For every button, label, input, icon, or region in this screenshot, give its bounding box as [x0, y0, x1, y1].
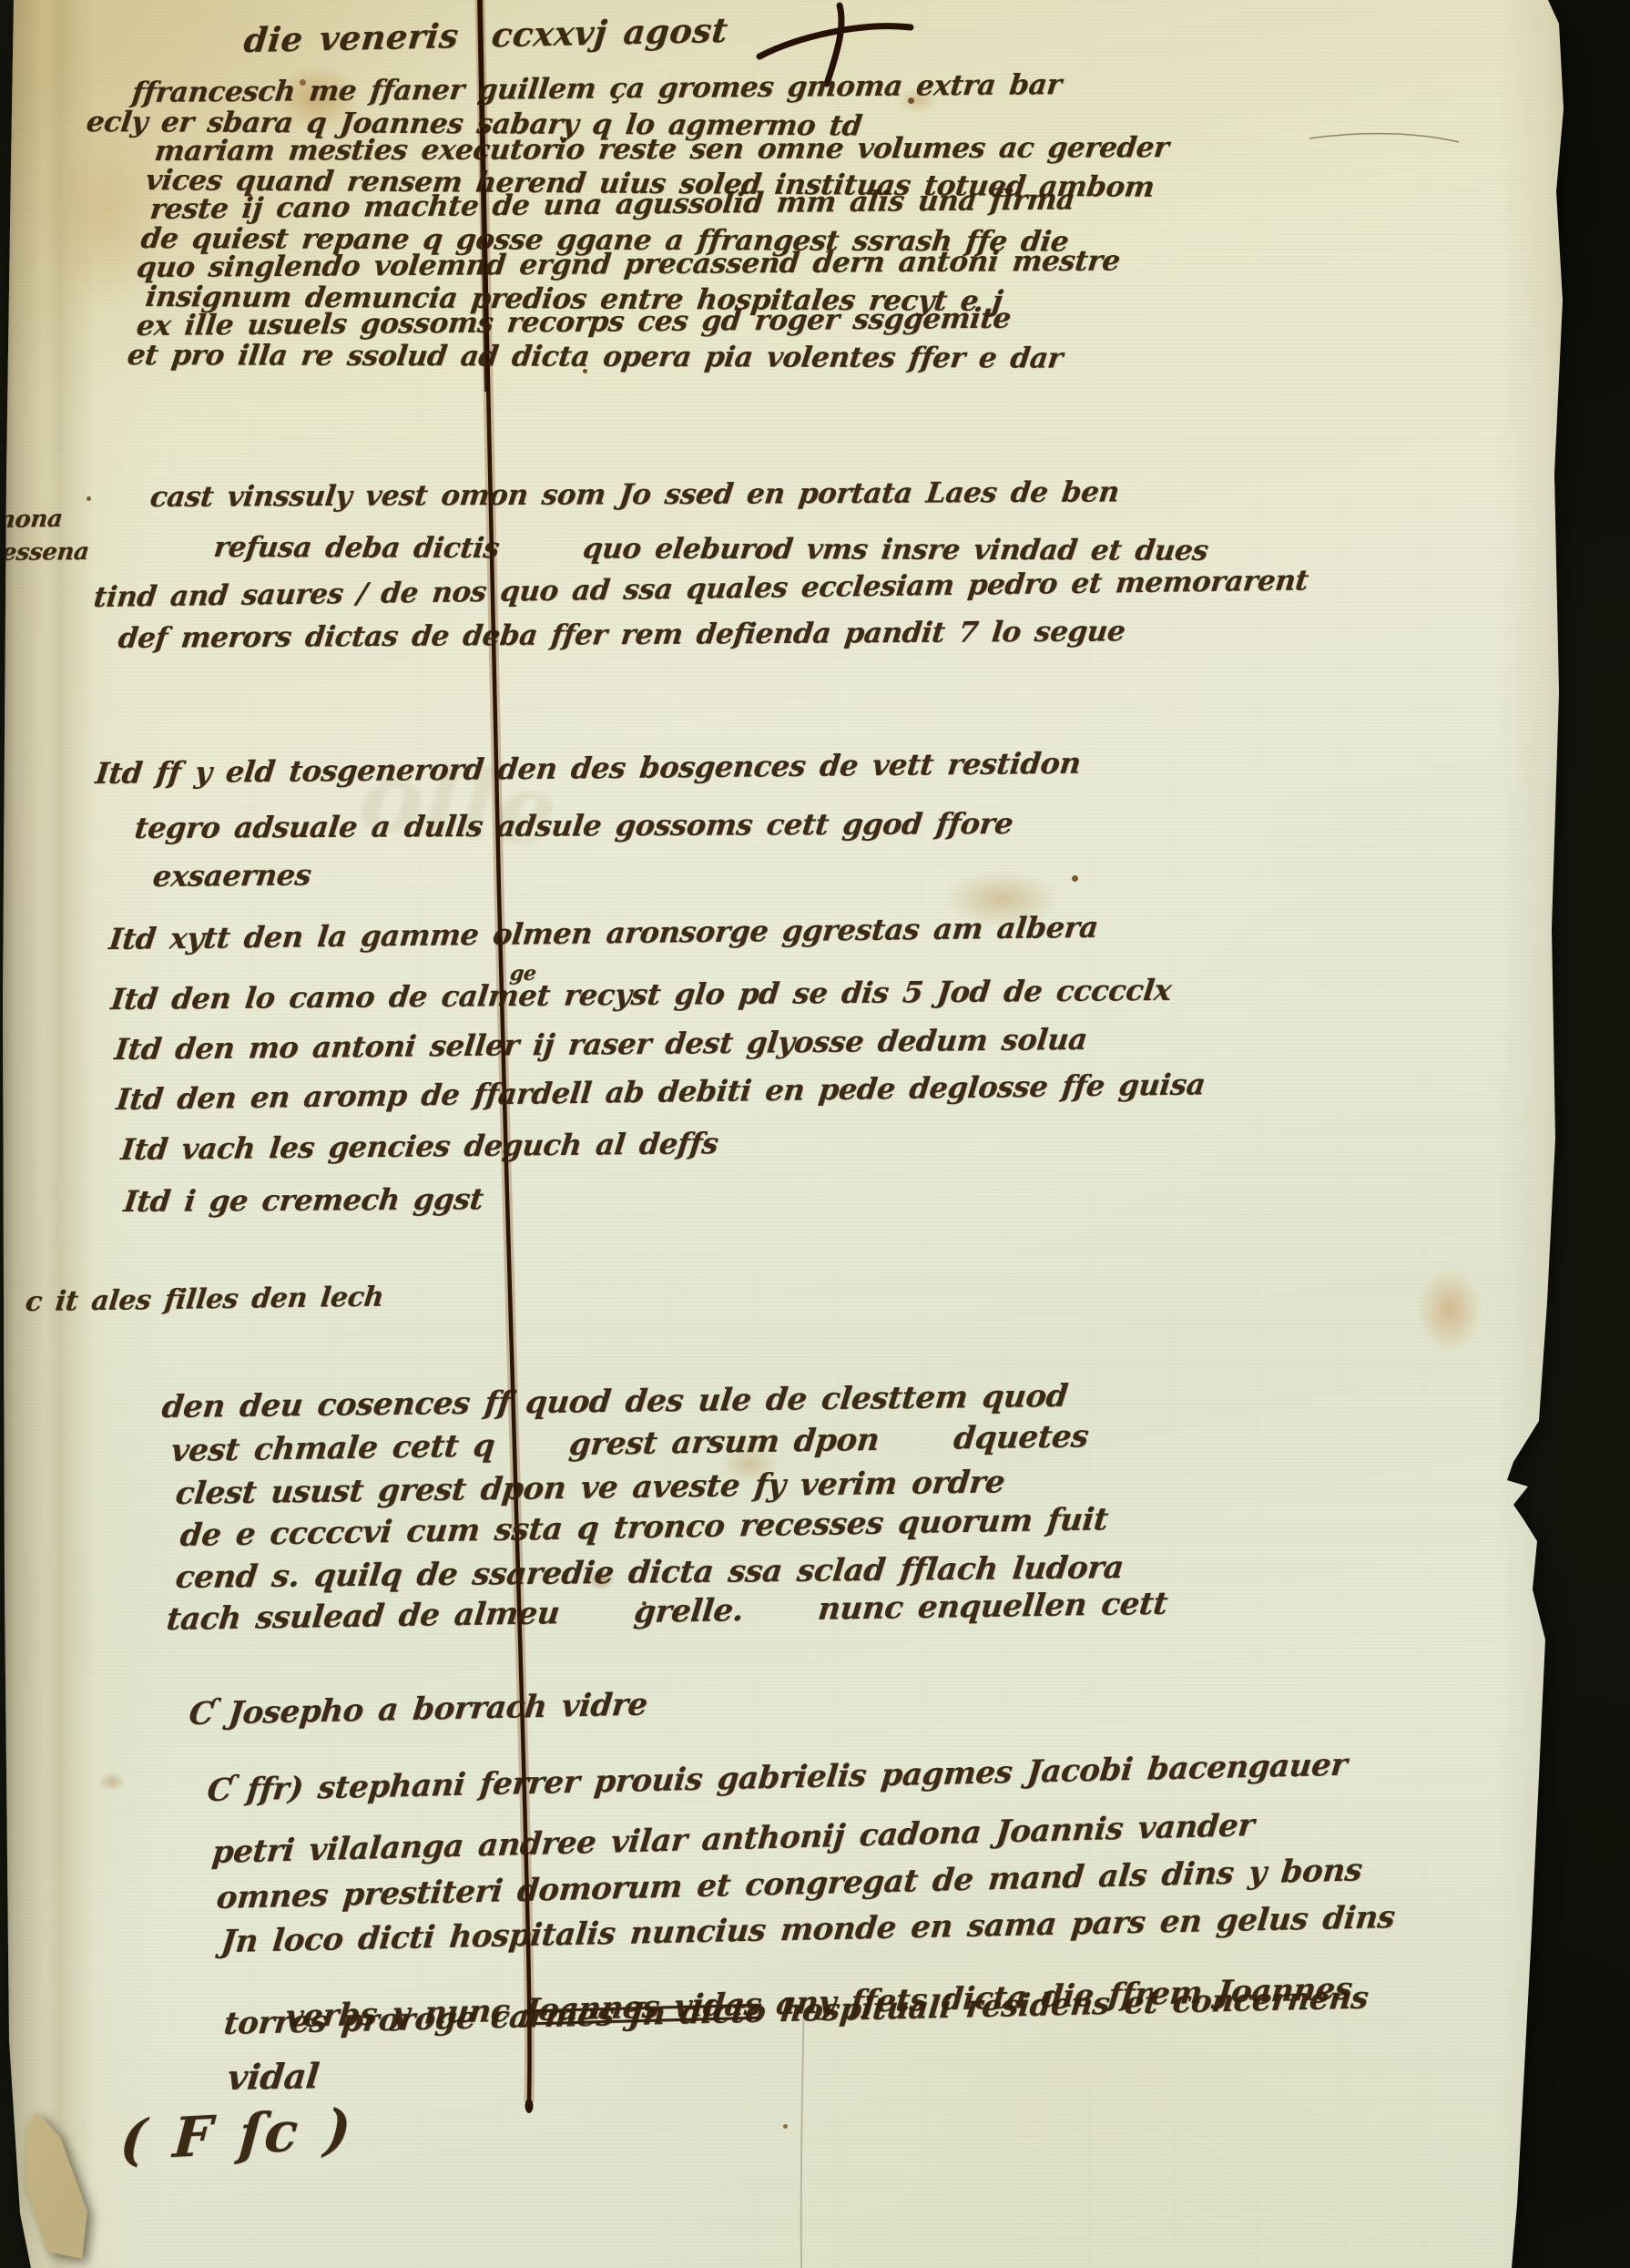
list-item-line: Itd i ge cremech ggst — [122, 1181, 485, 1219]
final-word-line: vidal — [226, 2055, 321, 2098]
text-line: mariam mesties executorio reste sen omne… — [153, 131, 1170, 168]
margin-note: nona — [0, 506, 64, 534]
text-line: et pro illa re ssolud ad dicta opera pia… — [126, 339, 1065, 375]
text-line: refusa deba dictis quo eleburod vms insr… — [212, 531, 1210, 567]
margin-note: bessena — [0, 538, 90, 567]
list-item-line: Itd vach les gencies deguch al deffs — [119, 1126, 720, 1167]
text-line: quo singlendo volemnd ergnd precassend d… — [135, 244, 1122, 284]
text-line: tegro adsuale a dulls adsule gossoms cet… — [133, 806, 1015, 845]
text-line: exsaernes — [151, 857, 313, 894]
manuscript-page: olle die veneris ccxxvj agost ffrancesch… — [0, 0, 1589, 2268]
manuscript-page-wrap: olle die veneris ccxxvj agost ffrancesch… — [0, 0, 1630, 2268]
notarial-sign: ( F ſc ) — [118, 2097, 355, 2173]
section-heading-line: c it ales filles den lech — [24, 1281, 385, 1318]
text-line: cast vinssuly vest omon som Jo ssed en p… — [148, 475, 1121, 514]
